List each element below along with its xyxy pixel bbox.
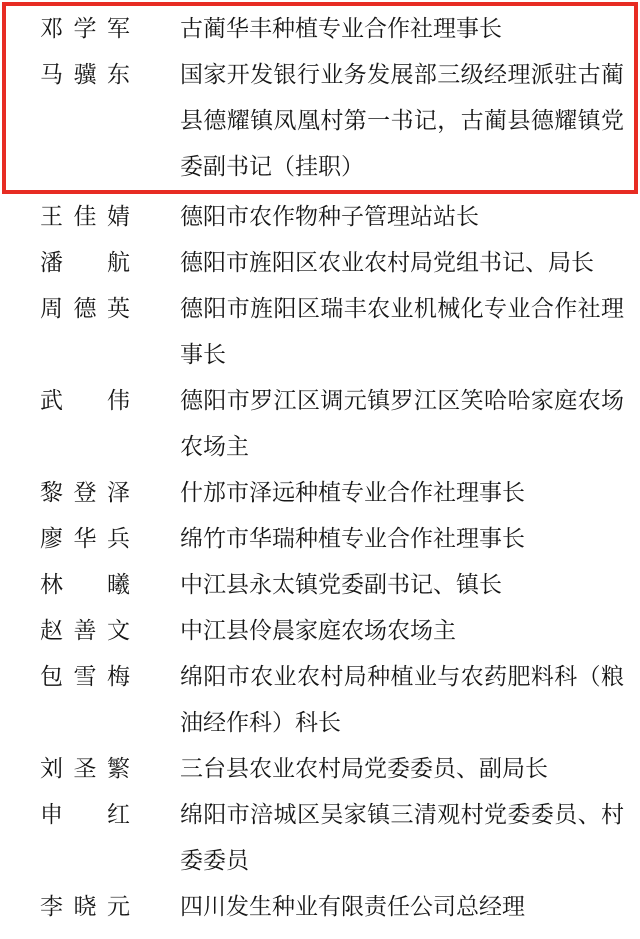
entry-title: 德阳市旌阳区农业农村局党组书记、局长	[180, 240, 624, 286]
list-entry: 包雪梅 绵阳市农业农村局种植业与农药肥料科（粮油经作科）科长	[0, 654, 640, 746]
entry-title: 德阳市农作物种子管理站站长	[180, 194, 624, 240]
list-entry: 潘航 德阳市旌阳区农业农村局党组书记、局长	[0, 240, 640, 286]
entry-name: 林曦	[40, 562, 130, 608]
list-entry: 周德英 德阳市旌阳区瑞丰农业机械化专业合作社理事长	[0, 286, 640, 378]
entry-title: 古蔺华丰种植专业合作社理事长	[180, 6, 624, 52]
entry-title: 绵竹市华瑞种植专业合作社理事长	[180, 516, 624, 562]
entry-title: 绵阳市涪城区吴家镇三清观村党委委员、村委委员	[180, 792, 624, 884]
entry-title: 德阳市罗江区调元镇罗江区笑哈哈家庭农场农场主	[180, 378, 624, 470]
list-entry: 李晓元 四川发生种业有限责任公司总经理	[0, 884, 640, 930]
entry-name: 马骥东	[40, 52, 130, 98]
entry-title: 中江县伶晨家庭农场农场主	[180, 608, 624, 654]
entry-name: 赵善文	[40, 608, 130, 654]
list-entry: 刘圣繁 三台县农业农村局党委委员、副局长	[0, 746, 640, 792]
entry-name: 包雪梅	[40, 654, 130, 700]
list-entry: 邓学军 古蔺华丰种植专业合作社理事长	[6, 6, 634, 52]
entry-name: 王佳婧	[40, 194, 130, 240]
entry-name: 申红	[40, 792, 130, 838]
entry-title: 绵阳市农业农村局种植业与农药肥料科（粮油经作科）科长	[180, 654, 624, 746]
entry-list: 王佳婧 德阳市农作物种子管理站站长 潘航 德阳市旌阳区农业农村局党组书记、局长 …	[0, 194, 640, 930]
list-entry: 武伟 德阳市罗江区调元镇罗江区笑哈哈家庭农场农场主	[0, 378, 640, 470]
list-entry: 马骥东 国家开发银行业务发展部三级经理派驻古蔺县德耀镇凤凰村第一书记，古蔺县德耀…	[6, 52, 634, 190]
entry-title: 中江县永太镇党委副书记、镇长	[180, 562, 624, 608]
entry-name: 刘圣繁	[40, 746, 130, 792]
list-entry: 王佳婧 德阳市农作物种子管理站站长	[0, 194, 640, 240]
entry-title: 什邡市泽远种植专业合作社理事长	[180, 470, 624, 516]
list-entry: 廖华兵 绵竹市华瑞种植专业合作社理事长	[0, 516, 640, 562]
list-entry: 林曦 中江县永太镇党委副书记、镇长	[0, 562, 640, 608]
entry-name: 武伟	[40, 378, 130, 424]
entry-name: 邓学军	[40, 6, 130, 52]
highlight-box: 邓学军 古蔺华丰种植专业合作社理事长 马骥东 国家开发银行业务发展部三级经理派驻…	[2, 2, 638, 194]
entry-title: 四川发生种业有限责任公司总经理	[180, 884, 624, 930]
entry-title: 国家开发银行业务发展部三级经理派驻古蔺县德耀镇凤凰村第一书记，古蔺县德耀镇党委副…	[180, 52, 624, 190]
entry-name: 潘航	[40, 240, 130, 286]
entry-title: 三台县农业农村局党委委员、副局长	[180, 746, 624, 792]
entry-name: 廖华兵	[40, 516, 130, 562]
entry-title: 德阳市旌阳区瑞丰农业机械化专业合作社理事长	[180, 286, 624, 378]
document-page: 邓学军 古蔺华丰种植专业合作社理事长 马骥东 国家开发银行业务发展部三级经理派驻…	[0, 0, 640, 939]
entry-name: 周德英	[40, 286, 130, 332]
list-entry: 黎登泽 什邡市泽远种植专业合作社理事长	[0, 470, 640, 516]
list-entry: 申红 绵阳市涪城区吴家镇三清观村党委委员、村委委员	[0, 792, 640, 884]
list-entry: 赵善文 中江县伶晨家庭农场农场主	[0, 608, 640, 654]
entry-name: 黎登泽	[40, 470, 130, 516]
entry-name: 李晓元	[40, 884, 130, 930]
